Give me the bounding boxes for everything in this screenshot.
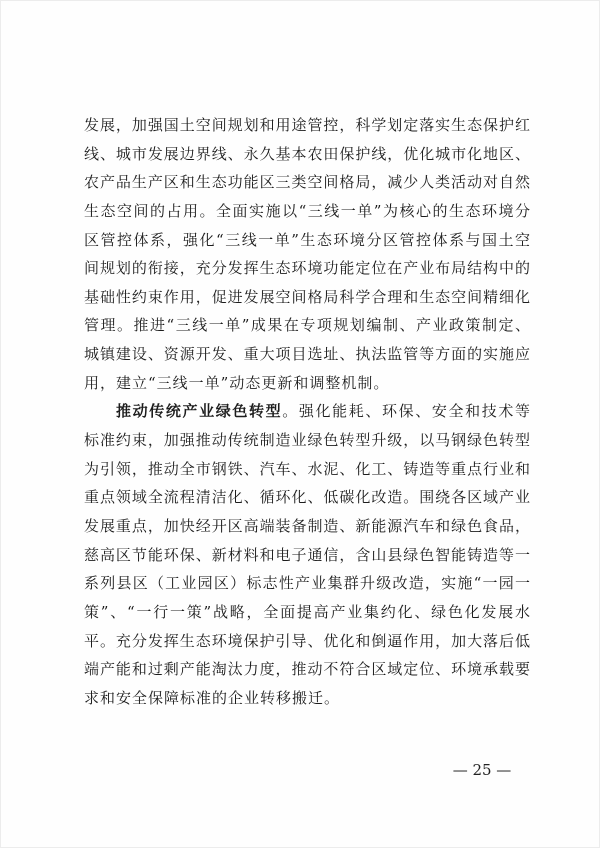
text-line: 生态空间的占用。全面实施以“三线一单”为核心的生态环境分 [84, 197, 530, 226]
text-line: 城镇建设、资源开发、重大项目选址、执法监管等方面的实施应 [84, 340, 530, 369]
text-line: 发展，加强国土空间规划和用途管控，科学划定落实生态保护红 [84, 111, 530, 140]
text-line: 用，建立“三线一单”动态更新和调整机制。 [84, 369, 530, 398]
text-line: 为引领，推动全市钢铁、汽车、水泥、化工、铸造等重点行业和 [84, 455, 530, 484]
paragraph-spatial-planning: 发展，加强国土空间规划和用途管控，科学划定落实生态保护红 线、城市发展边界线、永… [84, 111, 530, 397]
text-line: 线、城市发展边界线、永久基本农田保护线，优化城市化地区、 [84, 140, 530, 169]
text-line: 农产品生产区和生态功能区三类空间格局，减少人类活动对自然 [84, 168, 530, 197]
text-line: 平。充分发挥生态环境保护引导、优化和倒逼作用，加大落后低 [84, 627, 530, 656]
paragraph-green-transformation: 推动传统产业绿色转型。强化能耗、环保、安全和技术等 标准约束，加强推动传统制造业… [84, 397, 530, 712]
text-line: 重点领域全流程清洁化、循环化、低碳化改造。围绕各区域产业 [84, 483, 530, 512]
text-line: 标准约束，加强推动传统制造业绿色转型升级，以马钢绿色转型 [84, 426, 530, 455]
text-line: 间规划的衔接，充分发挥生态环境功能定位在产业布局结构中的 [84, 254, 530, 283]
page-number: — 25 — [441, 759, 523, 781]
text-line: 管理。推进“三线一单”成果在专项规划编制、产业政策制定、 [84, 311, 530, 340]
body-text: 发展，加强国土空间规划和用途管控，科学划定落实生态保护红 线、城市发展边界线、永… [84, 111, 530, 712]
text-line: 慈高区节能环保、新材料和电子通信，含山县绿色智能铸造等一 [84, 541, 530, 570]
text-line: 策”、“一行一策”战略，全面提高产业集约化、绿色化发展水 [84, 598, 530, 627]
text-line: 系列县区（工业园区）标志性产业集群升级改造，实施“一园一 [84, 569, 530, 598]
document-page: 发展，加强国土空间规划和用途管控，科学划定落实生态保护红 线、城市发展边界线、永… [0, 0, 600, 848]
text-line-with-heading: 推动传统产业绿色转型。强化能耗、环保、安全和技术等 [84, 397, 530, 426]
heading-line-rest: 。强化能耗、环保、安全和技术等 [282, 402, 530, 420]
text-line: 端产能和过剩产能淘汰力度，推动不符合区域定位、环境承载要 [84, 655, 530, 684]
text-line: 发展重点，加快经开区高端装备制造、新能源汽车和绿色食品， [84, 512, 530, 541]
text-line: 求和安全保障标准的企业转移搬迁。 [84, 684, 530, 713]
text-line: 基础性约束作用，促进发展空间格局科学合理和生态空间精细化 [84, 283, 530, 312]
section-heading: 推动传统产业绿色转型 [116, 402, 282, 420]
text-line: 区管控体系，强化“三线一单”生态环境分区管控体系与国土空 [84, 226, 530, 255]
